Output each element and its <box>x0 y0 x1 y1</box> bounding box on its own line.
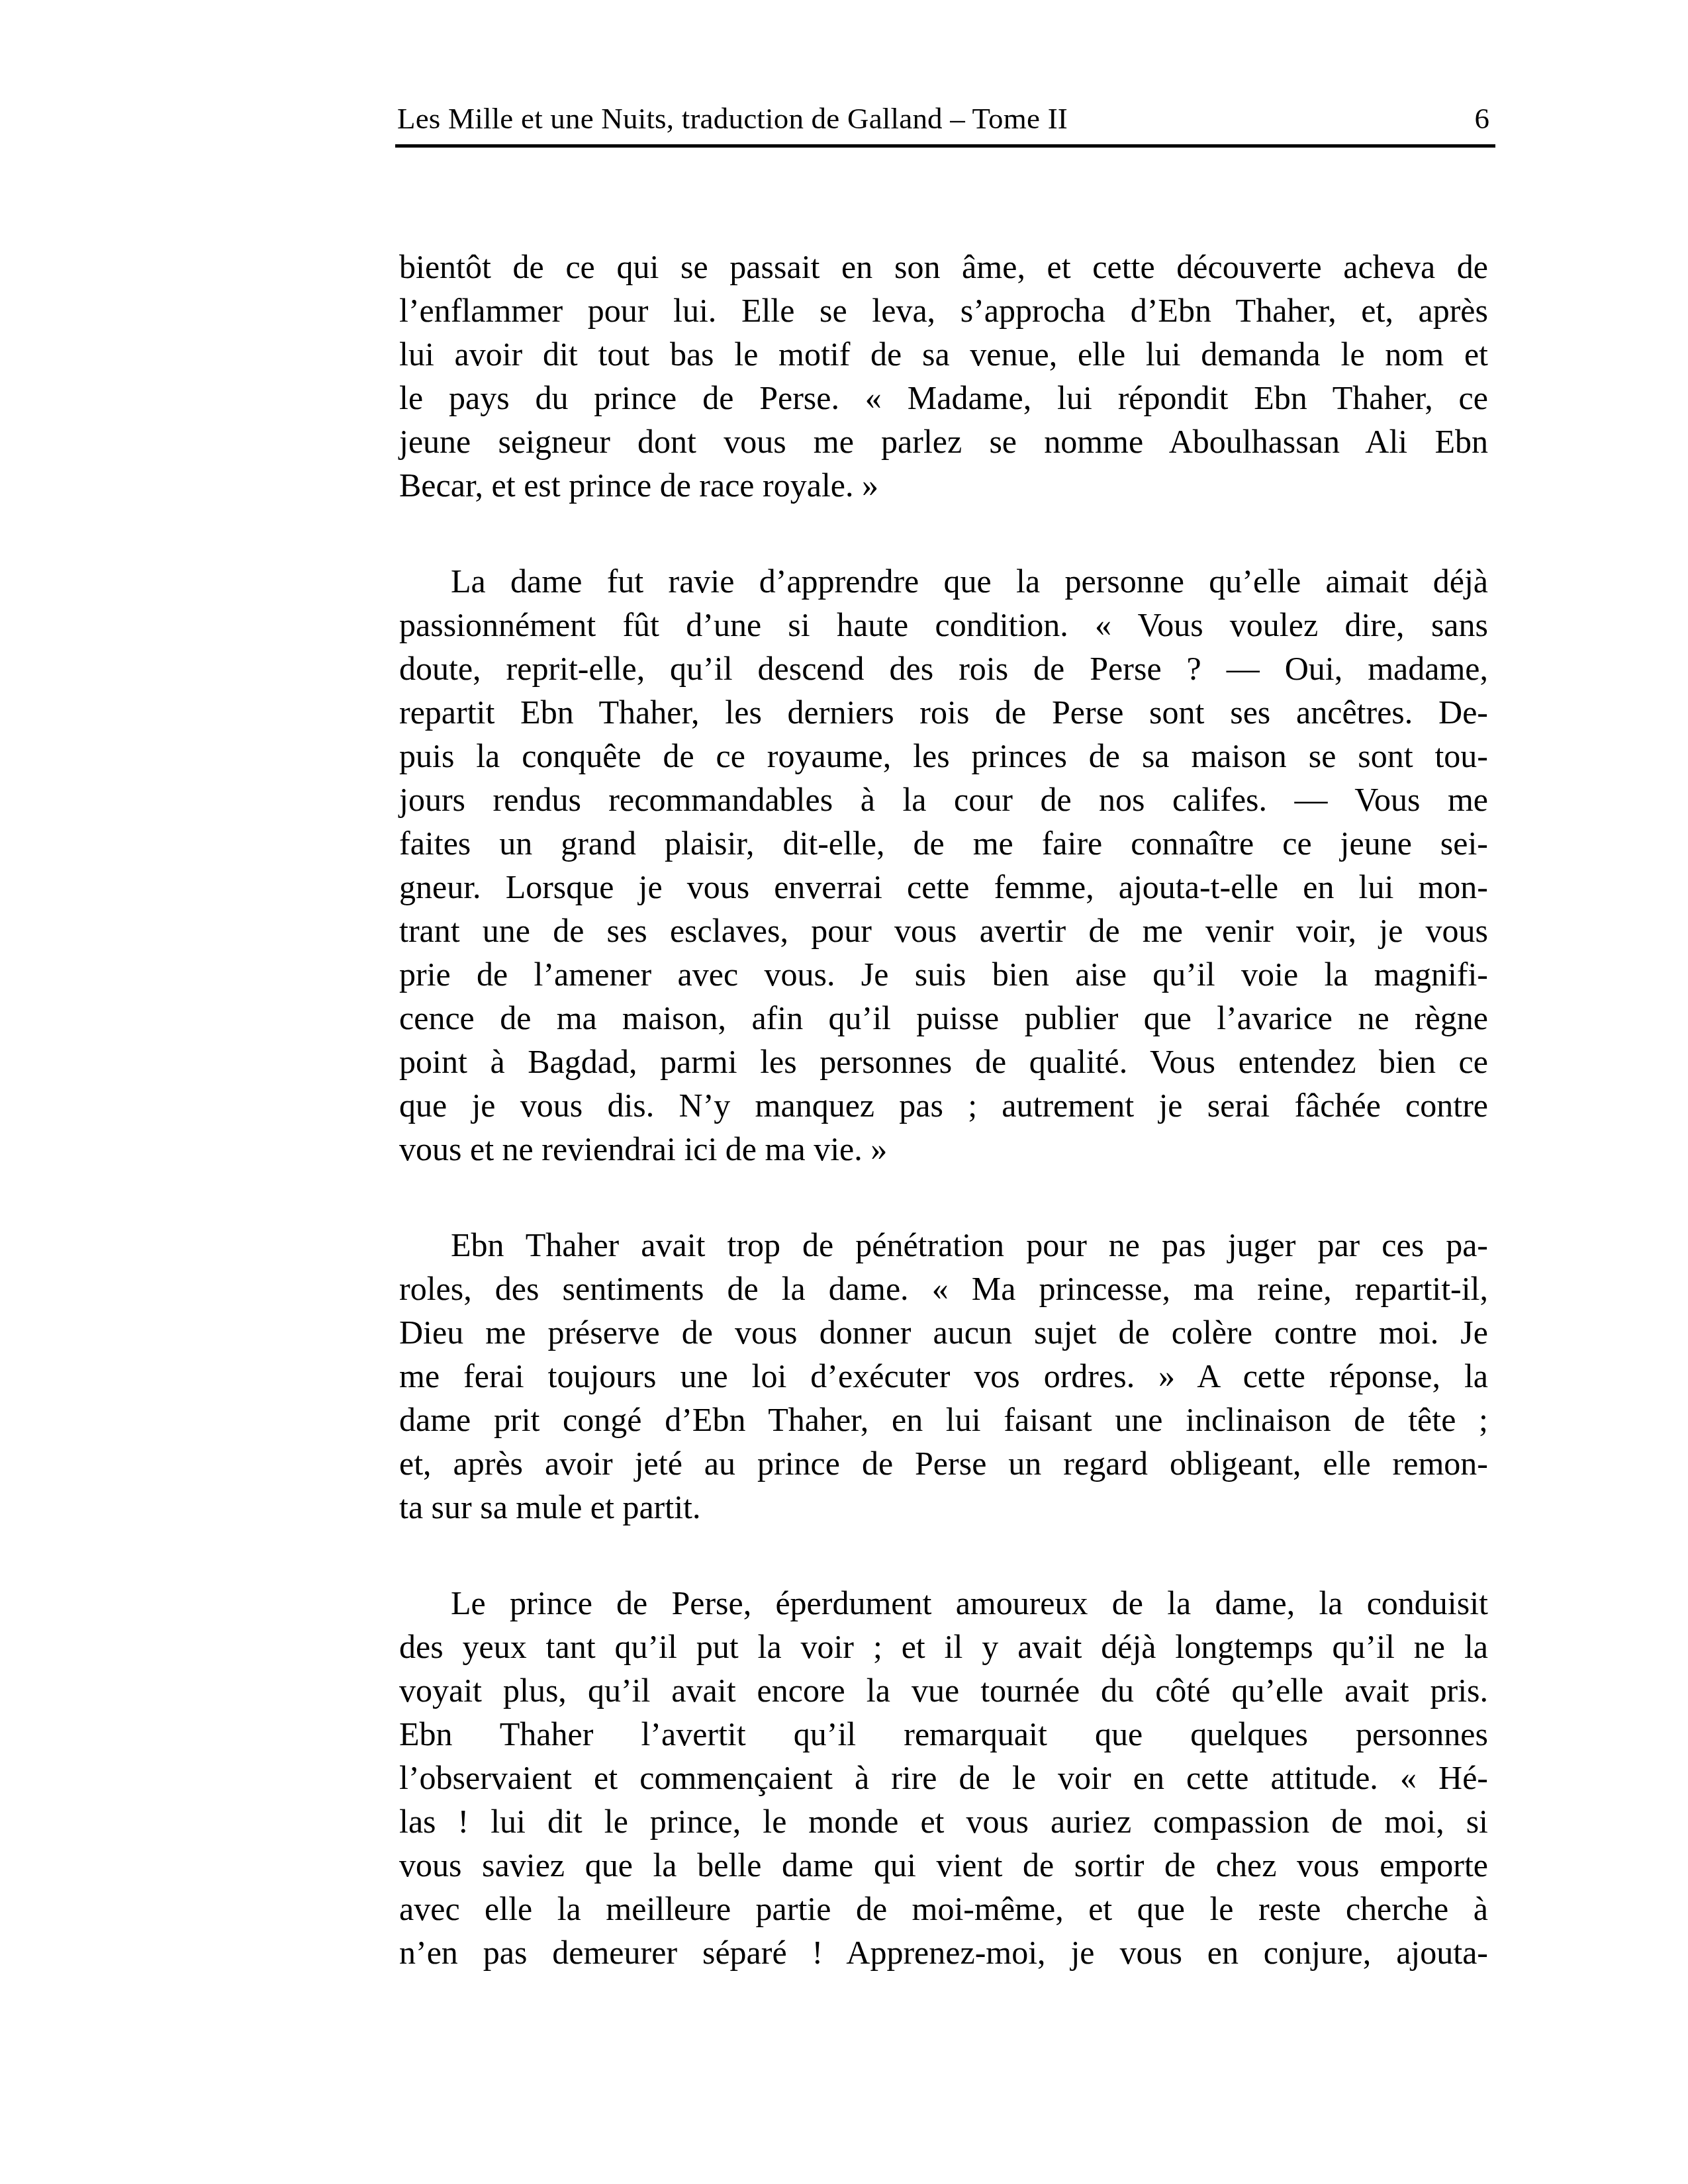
text-line: Ebn Thaher avait trop de pénétration pou… <box>399 1223 1488 1267</box>
text-line: bientôt de ce qui se passait en son âme,… <box>399 245 1488 289</box>
text-line: ta sur sa mule et partit. <box>399 1485 1488 1529</box>
text-line: lui avoir dit tout bas le motif de sa ve… <box>399 332 1488 376</box>
text-line: point à Bagdad, parmi les personnes de q… <box>399 1040 1488 1083</box>
text-line: jeune seigneur dont vous me parlez se no… <box>399 420 1488 463</box>
text-line: prie de l’amener avec vous. Je suis bien… <box>399 952 1488 996</box>
text-line: las ! lui dit le prince, le monde et vou… <box>399 1799 1488 1843</box>
text-line: gneur. Lorsque je vous enverrai cette fe… <box>399 865 1488 909</box>
text-line: faites un grand plaisir, dit-elle, de me… <box>399 821 1488 865</box>
text-line: Le prince de Perse, éperdument amoureux … <box>399 1581 1488 1625</box>
text-line: me ferai toujours une loi d’exécuter vos… <box>399 1354 1488 1398</box>
text-line: cence de ma maison, afin qu’il puisse pu… <box>399 996 1488 1040</box>
text-line: le pays du prince de Perse. « Madame, lu… <box>399 376 1488 420</box>
text-line: et, après avoir jeté au prince de Perse … <box>399 1441 1488 1485</box>
text-line: jours rendus recommandables à la cour de… <box>399 778 1488 821</box>
text-line: La dame fut ravie d’apprendre que la per… <box>399 559 1488 603</box>
text-line: l’observaient et commençaient à rire de … <box>399 1756 1488 1799</box>
text-line: l’enflammer pour lui. Elle se leva, s’ap… <box>399 289 1488 332</box>
text-line: puis la conquête de ce royaume, les prin… <box>399 734 1488 778</box>
running-title: Les Mille et une Nuits, traduction de Ga… <box>397 102 1068 136</box>
text-line: vous et ne reviendrai ici de ma vie. » <box>399 1127 1488 1171</box>
text-line: n’en pas demeurer séparé ! Apprenez-moi,… <box>399 1931 1488 1974</box>
paragraph: Le prince de Perse, éperdument amoureux … <box>399 1581 1488 1974</box>
text-line: trant une de ses esclaves, pour vous ave… <box>399 909 1488 952</box>
paragraph: Ebn Thaher avait trop de pénétration pou… <box>399 1223 1488 1529</box>
text-line: repartit Ebn Thaher, les derniers rois d… <box>399 690 1488 734</box>
text-line: roles, des sentiments de la dame. « Ma p… <box>399 1267 1488 1310</box>
text-line: Ebn Thaher l’avertit qu’il remarquait qu… <box>399 1712 1488 1756</box>
text-line: passionnément fût d’une si haute conditi… <box>399 603 1488 647</box>
text-line: que je vous dis. N’y manquez pas ; autre… <box>399 1083 1488 1127</box>
paragraph: La dame fut ravie d’apprendre que la per… <box>399 559 1488 1171</box>
document-page: Les Mille et une Nuits, traduction de Ga… <box>0 0 1688 2184</box>
page-header: Les Mille et une Nuits, traduction de Ga… <box>397 102 1489 136</box>
paragraph: bientôt de ce qui se passait en son âme,… <box>399 245 1488 507</box>
page-content: bientôt de ce qui se passait en son âme,… <box>399 245 1488 1974</box>
text-line: vous saviez que la belle dame qui vient … <box>399 1843 1488 1887</box>
page-number: 6 <box>1475 102 1490 136</box>
text-line: voyait plus, qu’il avait encore la vue t… <box>399 1668 1488 1712</box>
text-line: Becar, et est prince de race royale. » <box>399 463 1488 507</box>
text-line: doute, reprit-elle, qu’il descend des ro… <box>399 647 1488 690</box>
text-line: Dieu me préserve de vous donner aucun su… <box>399 1310 1488 1354</box>
header-rule <box>395 144 1495 148</box>
text-line: des yeux tant qu’il put la voir ; et il … <box>399 1625 1488 1668</box>
text-line: dame prit congé d’Ebn Thaher, en lui fai… <box>399 1398 1488 1441</box>
text-line: avec elle la meilleure partie de moi-mêm… <box>399 1887 1488 1931</box>
